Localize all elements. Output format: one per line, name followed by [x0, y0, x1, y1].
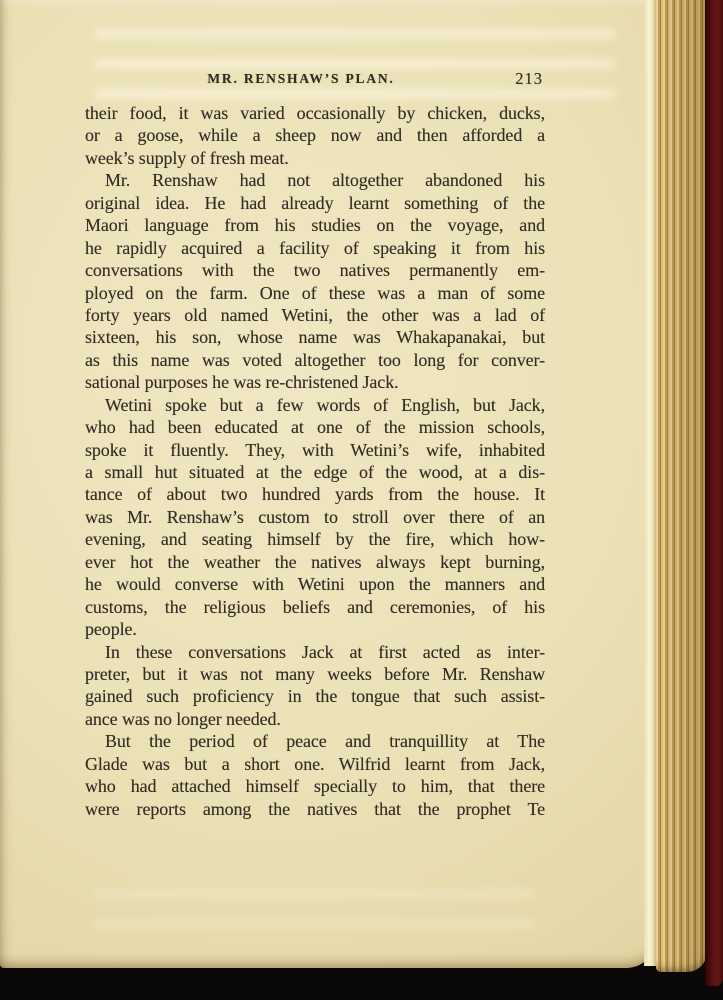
page-curve-highlight [644, 0, 656, 966]
text-line: sational purposes he was re-christened J… [85, 371, 545, 393]
text-line: original idea. He had already learnt som… [85, 192, 545, 214]
text-line: week’s supply of fresh meat. [85, 147, 545, 169]
running-title: MR. RENSHAW’S PLAN. [71, 71, 531, 87]
text-line: a small hut situated at the edge of the … [85, 461, 545, 483]
page-number: 213 [515, 69, 543, 89]
text-line: Wetini spoke but a few words of English,… [85, 394, 545, 416]
text-line: ployed on the farm. One of these was a m… [85, 282, 545, 304]
text-line: was Mr. Renshaw’s custom to stroll over … [85, 506, 545, 528]
text-line: Maori language from his studies on the v… [85, 214, 545, 236]
text-line: spoke it fluently. They, with Wetini’s w… [85, 439, 545, 461]
text-line: Glade was but a short one. Wilfrid learn… [85, 753, 545, 775]
text-line: ever hot the weather the natives always … [85, 551, 545, 573]
text-line: tance of about two hundred yards from th… [85, 483, 545, 505]
text-line: But the period of peace and tranquillity… [85, 730, 545, 752]
text-line: or a goose, while a sheep now and then a… [85, 124, 545, 146]
text-line: customs, the religious beliefs and cerem… [85, 596, 545, 618]
page-content: MR. RENSHAW’S PLAN. 213 their food, it w… [85, 71, 545, 820]
text-line: people. [85, 618, 545, 640]
text-line: gained such proficiency in the tongue th… [85, 685, 545, 707]
text-line: preter, but it was not many weeks before… [85, 663, 545, 685]
text-line: ance was no longer needed. [85, 708, 545, 730]
text-line: evening, and seating himself by the fire… [85, 528, 545, 550]
text-line: who had attached himself specially to hi… [85, 775, 545, 797]
text-line: sixteen, his son, whose name was Whakapa… [85, 326, 545, 348]
text-line: their food, it was varied occasionally b… [85, 102, 545, 124]
body-text: their food, it was varied occasionally b… [85, 102, 545, 820]
scan-glare-bottom [95, 880, 535, 935]
book-cover-board [705, 0, 723, 986]
text-line: In these conversations Jack at first act… [85, 641, 545, 663]
running-header: MR. RENSHAW’S PLAN. 213 [85, 71, 545, 89]
text-line: he would converse with Wetini upon the m… [85, 573, 545, 595]
book-fore-edge-pages [656, 0, 707, 972]
text-line: were reports among the natives that the … [85, 798, 545, 820]
text-line: conversations with the two natives perma… [85, 259, 545, 281]
text-line: as this name was voted altogether too lo… [85, 349, 545, 371]
text-line: Mr. Renshaw had not altogether abandoned… [85, 169, 545, 191]
text-line: forty years old named Wetini, the other … [85, 304, 545, 326]
text-line: he rapidly acquired a facility of speaki… [85, 237, 545, 259]
text-line: who had been educated at one of the miss… [85, 416, 545, 438]
